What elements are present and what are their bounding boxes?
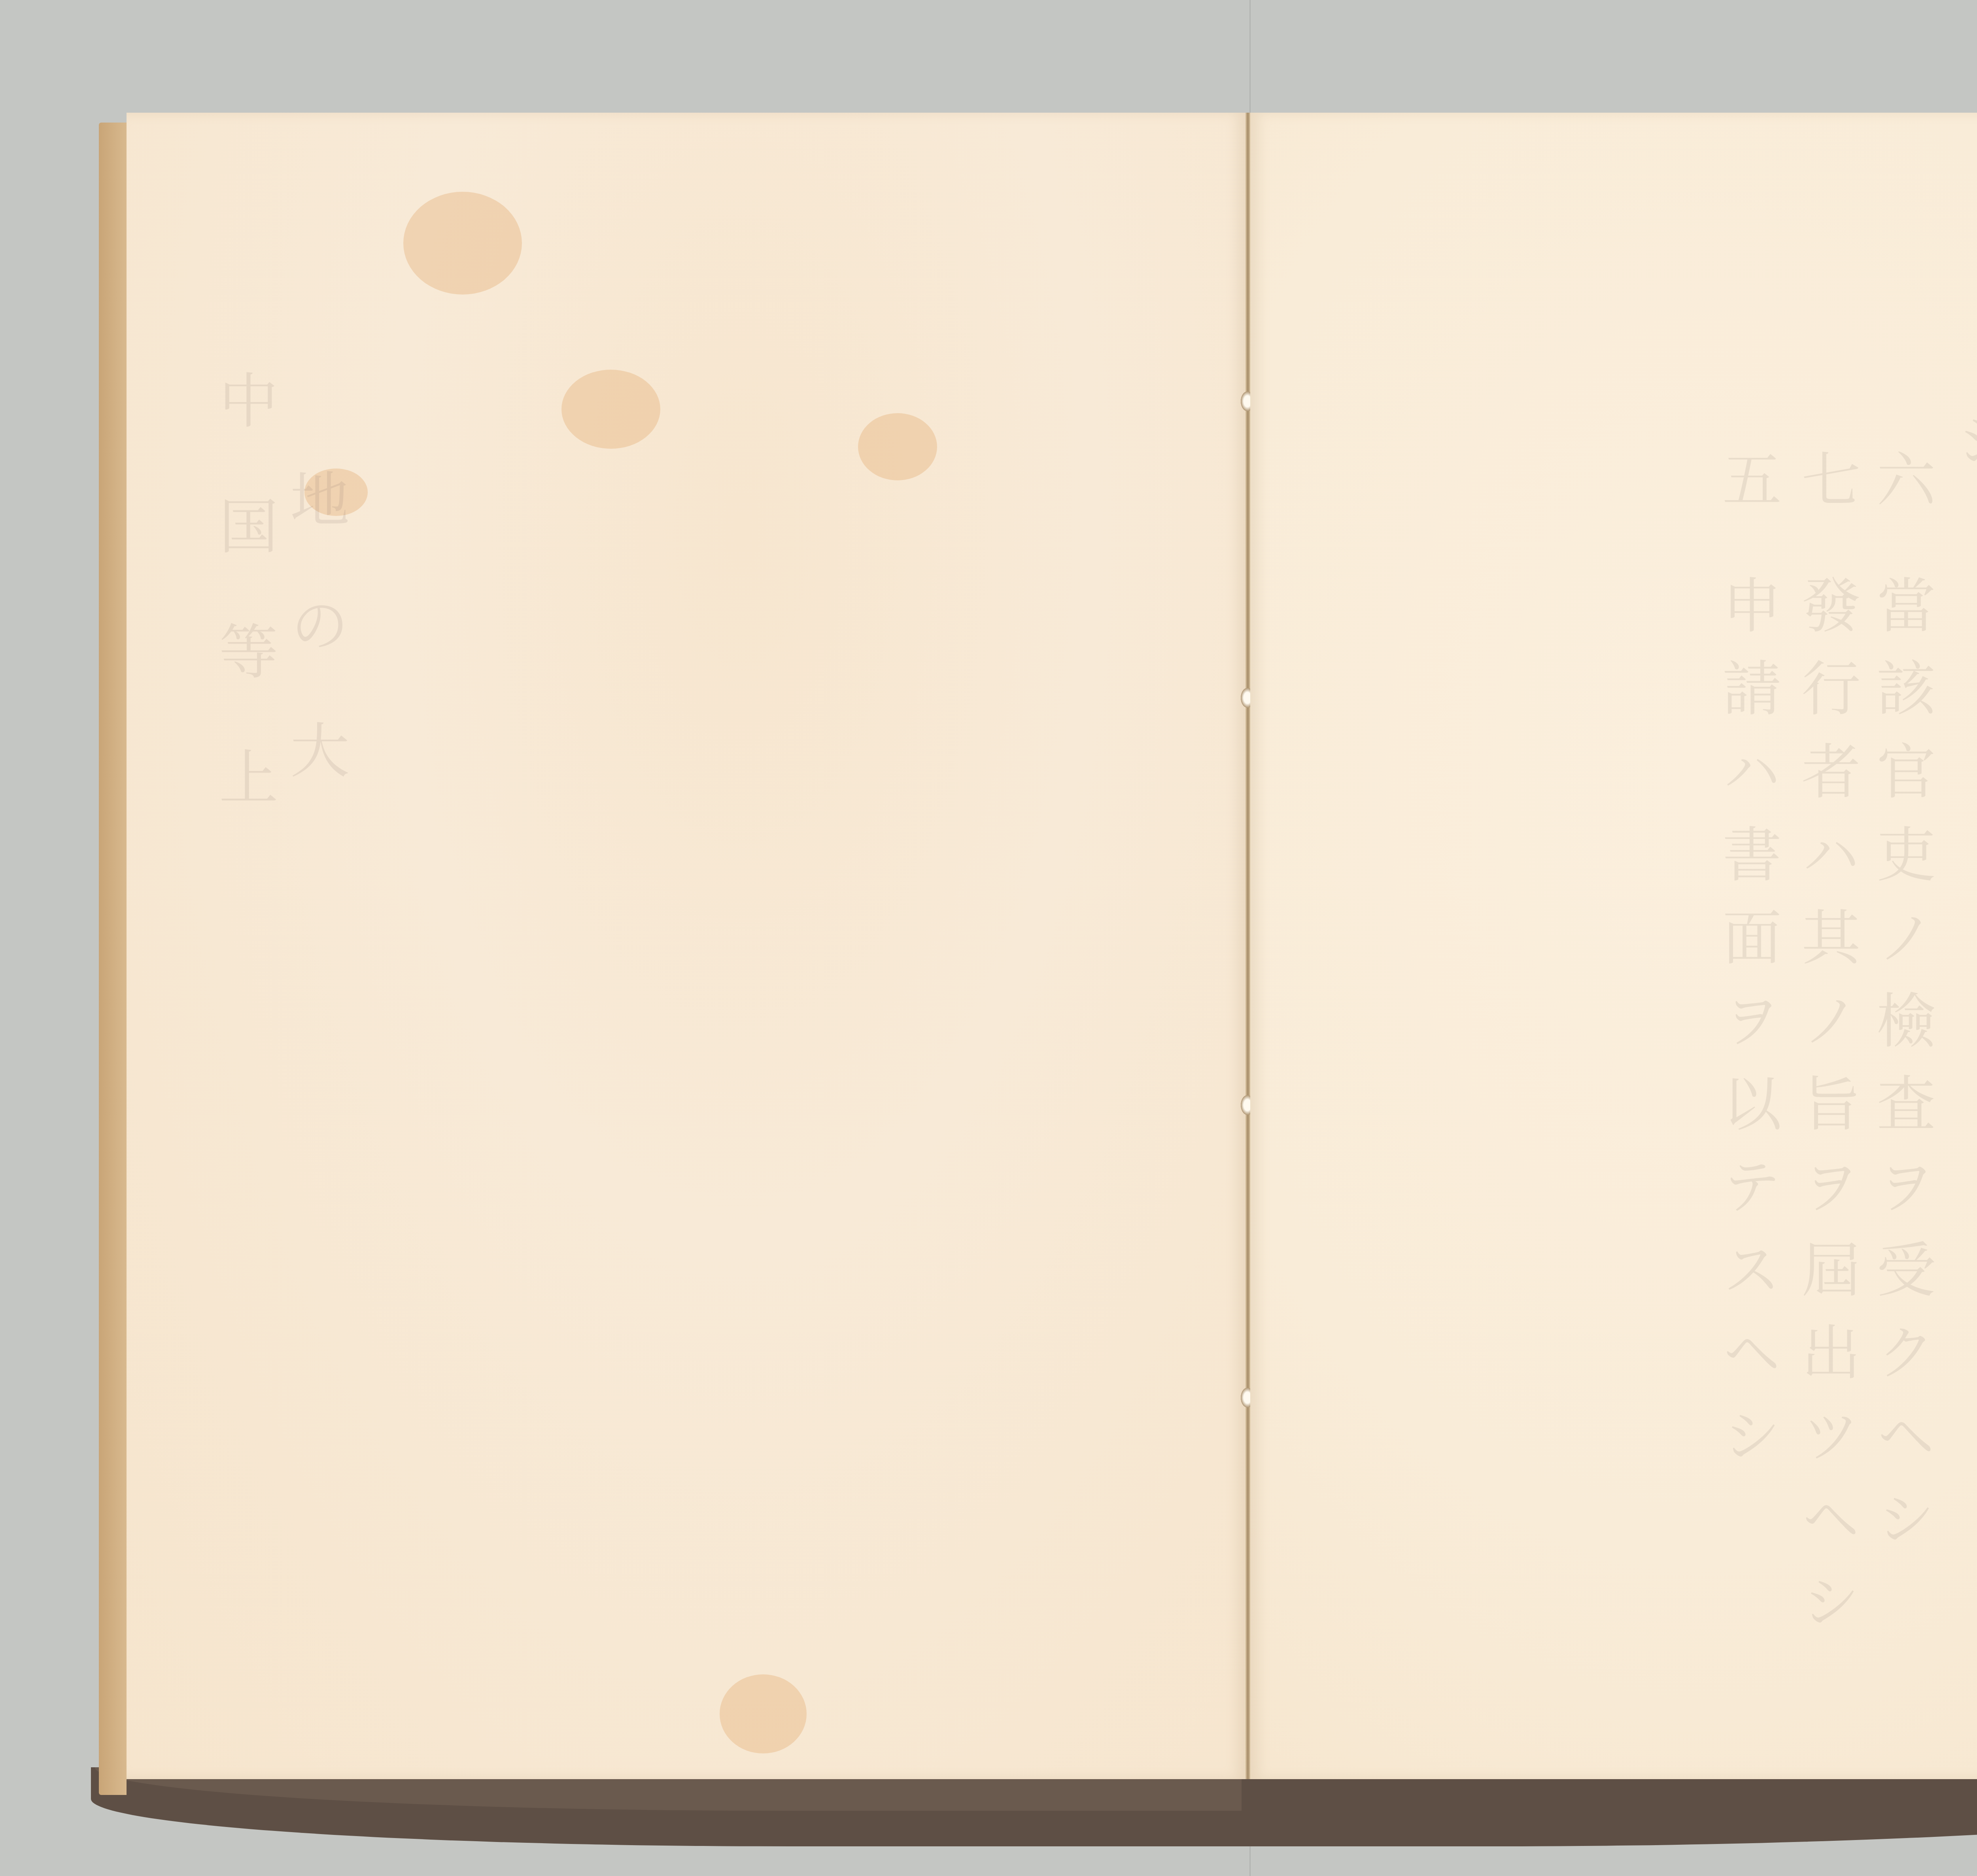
bleed-through-text: 中 国 等 上	[214, 370, 273, 829]
bleed-through-column: 五 申請ハ書面ヲ以テスヘシ	[1717, 449, 1776, 1488]
cover-edge-left	[99, 123, 127, 1795]
foxing-stain	[720, 1674, 807, 1753]
left-page: 中 国 等 上 地 の 大	[127, 113, 1246, 1779]
bleed-through-column: 六 當該官吏ノ檢査ヲ受クヘシ	[1871, 449, 1930, 1571]
foxing-stain	[561, 370, 660, 449]
bleed-through-column: 七 發行者ハ其ノ旨ヲ屆出ツヘシ	[1796, 449, 1855, 1654]
foxing-stain	[858, 413, 937, 480]
foxing-stain	[403, 192, 522, 295]
bleed-through-column: 三 基 ハ 前條ノ許可證ヲ携帶スヘシ	[1950, 409, 1977, 1779]
right-page: ニ 旅行者ハ申告書ニ記入シテ提出スルコト ヲ 要ス 三 基 ハ 前條ノ許可證ヲ携…	[1250, 113, 1977, 1779]
bleed-through-text: 地 の 大	[285, 469, 344, 803]
book-spine	[1246, 113, 1250, 1779]
